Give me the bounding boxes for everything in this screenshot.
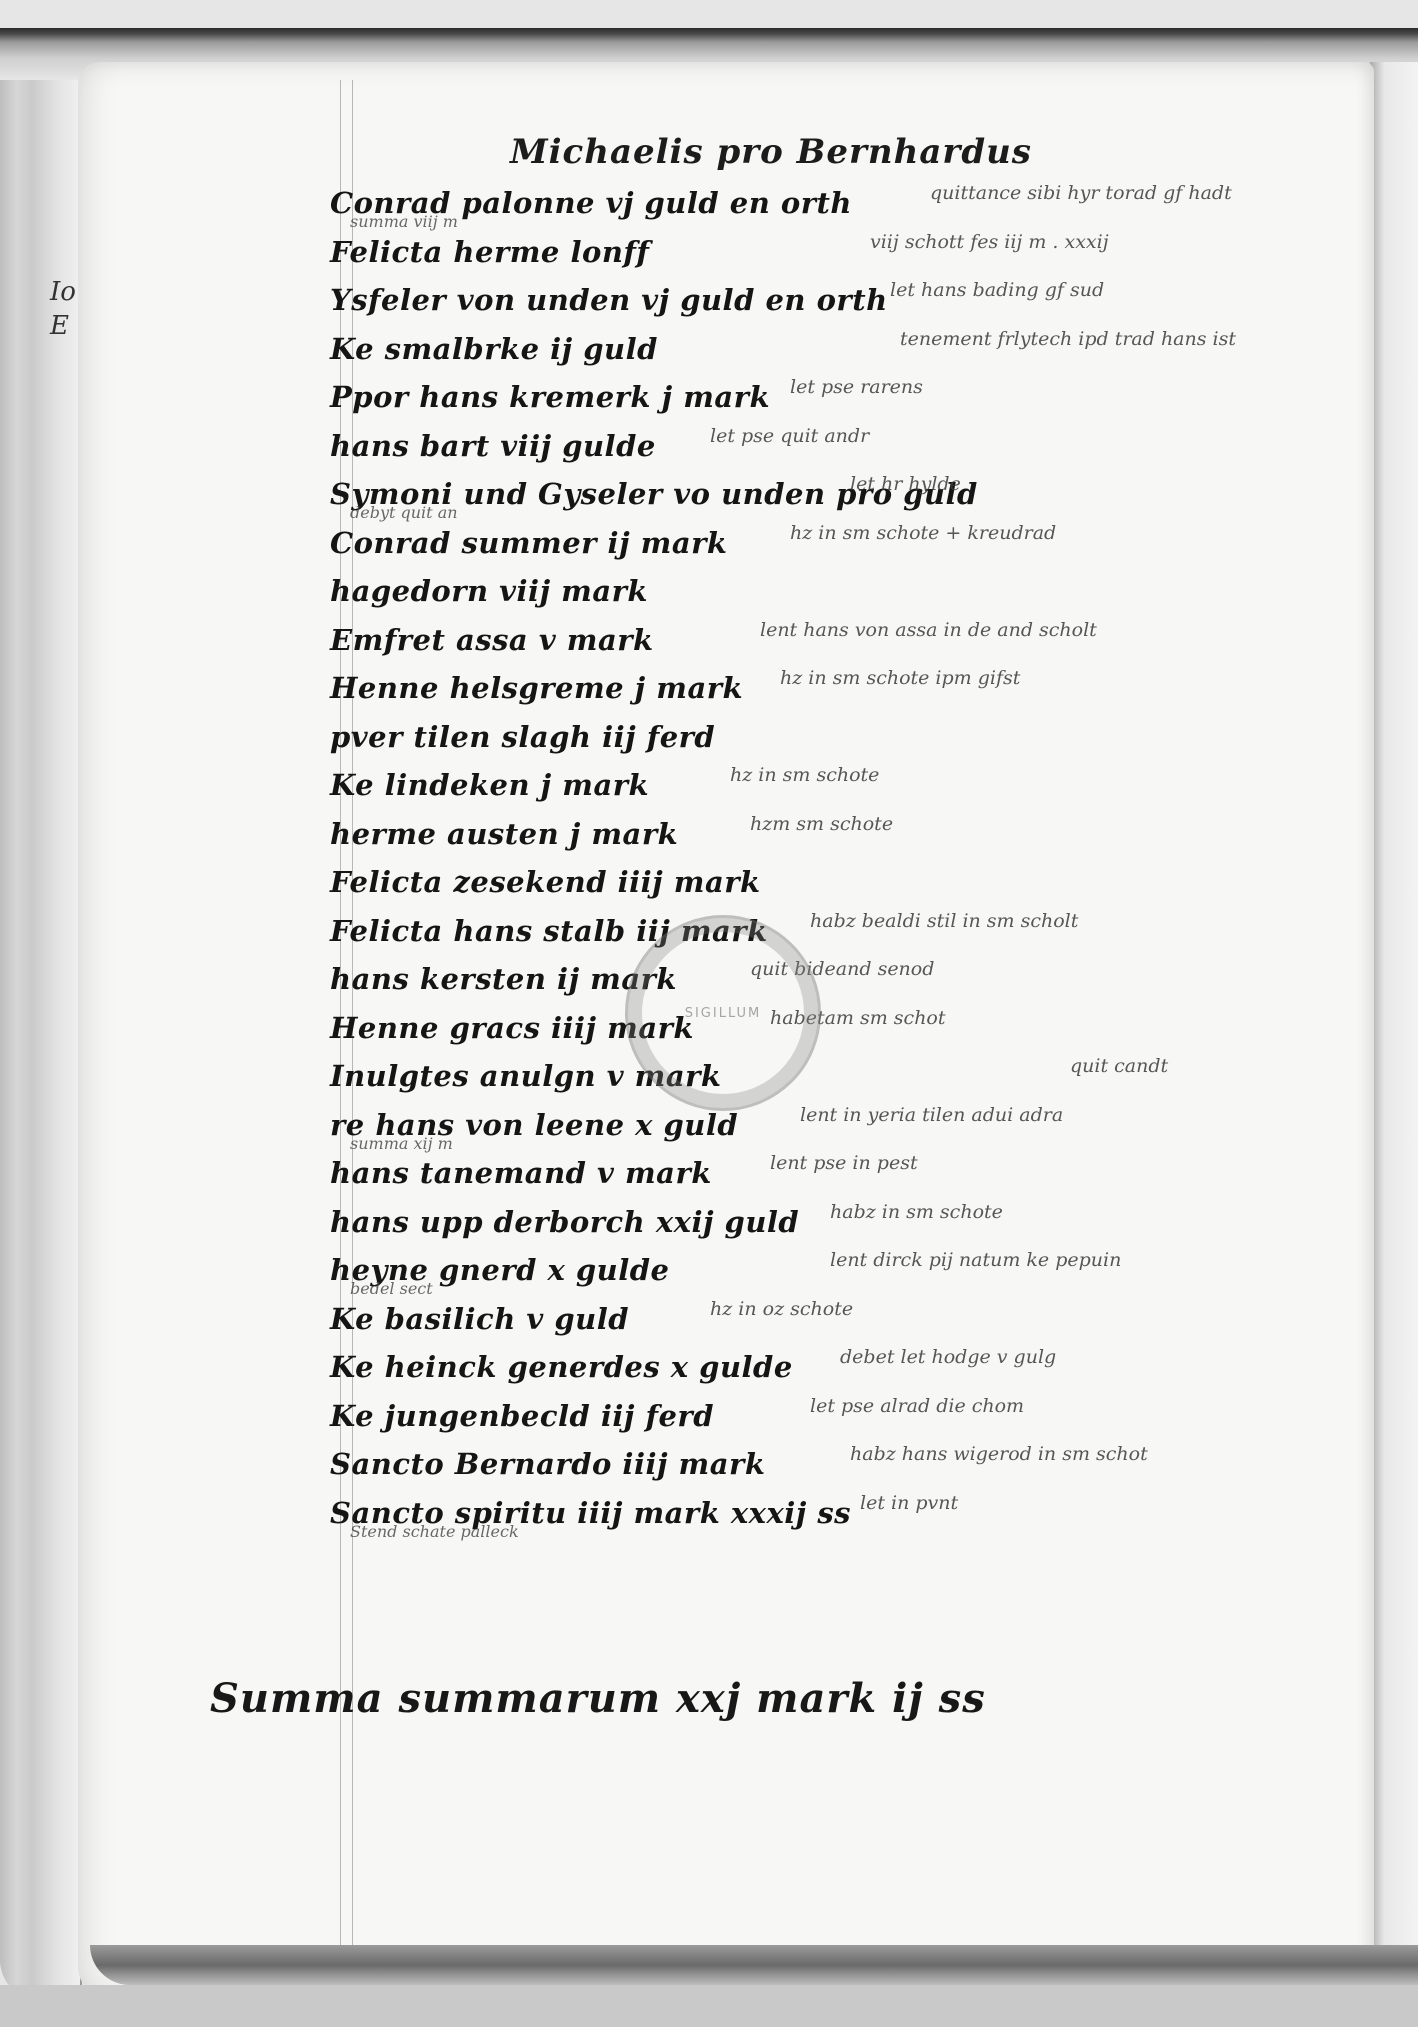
stamp-text: SIGILLUM (685, 1006, 762, 1021)
marginal-annotation: habz bealdi stil in sm scholt (810, 910, 1078, 932)
list-item: hagedorn viij mark (330, 574, 1360, 623)
list-item: Sancto Bernardo iiij markhabz hans wiger… (330, 1447, 1360, 1496)
marginal-annotation: quit candt (1070, 1055, 1168, 1077)
marginal-annotation: let hr hylde (850, 473, 961, 495)
entry-text: Ke heinck generdes x gulde (330, 1350, 793, 1384)
list-item: re hans von leene x guldlent in yeria ti… (330, 1108, 1360, 1157)
entry-text: Conrad summer ij mark (330, 526, 728, 560)
marginal-annotation: let pse rarens (790, 376, 923, 398)
list-item: hans tanemand v marklent pse in pest (330, 1156, 1360, 1205)
list-item: hans bart viij guldelet pse quit andr (330, 429, 1360, 478)
list-item: Henne helsgreme j markhz in sm schote ip… (330, 671, 1360, 720)
list-item: hans kersten ij markquit bideand senod (330, 962, 1360, 1011)
marginal-annotation: lent in yeria tilen adui adra (800, 1104, 1063, 1126)
marginal-annotation: hz in oz schote (710, 1298, 853, 1320)
marginal-annotation: habz in sm schote (830, 1201, 1003, 1223)
interlinear-note: debyt quit an (350, 503, 458, 522)
list-item: Sancto spiritu iiij mark xxxij sslet in … (330, 1496, 1360, 1545)
page-heading: Michaelis pro Bernhardus (510, 132, 1032, 172)
list-item: Emfret assa v marklent hans von assa in … (330, 623, 1360, 672)
list-item: Ysfeler von unden vj guld en orthlet han… (330, 283, 1360, 332)
entry-text: Felicta zesekend iiij mark (330, 865, 761, 899)
entry-text: hans tanemand v mark (330, 1156, 712, 1190)
marginal-annotation: tenement frlytech ipd trad hans ist (900, 328, 1236, 350)
interlinear-note: Stend schate palleck (350, 1522, 519, 1541)
marginal-annotation: lent hans von assa in de and scholt (760, 619, 1097, 641)
entry-text: hans upp derborch xxij guld (330, 1205, 799, 1239)
list-item: Felicta zesekend iiij mark (330, 865, 1360, 914)
marginal-annotation: hz in sm schote (730, 764, 879, 786)
entry-text: Ke jungenbecld iij ferd (330, 1399, 714, 1433)
marginal-annotation: habz hans wigerod in sm schot (850, 1443, 1148, 1465)
library-stamp: SIGILLUM (625, 915, 821, 1111)
entry-text: Felicta herme lonff (330, 235, 649, 269)
entry-text: Ke lindeken j mark (330, 768, 649, 802)
interlinear-note: bedel sect (350, 1279, 433, 1298)
interlinear-note: summa xij m (350, 1134, 453, 1153)
entry-text: hans kersten ij mark (330, 962, 677, 996)
list-item: Inulgtes anulgn v markquit candt (330, 1059, 1360, 1108)
entry-list: Conrad palonne vj guld en orthquittance … (330, 186, 1360, 1544)
list-item: hans upp derborch xxij guldhabz in sm sc… (330, 1205, 1360, 1254)
marginal-annotation: hzm sm schote (750, 813, 893, 835)
entry-text: Ppor hans kremerk j mark (330, 380, 770, 414)
entry-text: Ke basilich v guld (330, 1302, 629, 1336)
list-item: Ke heinck generdes x guldedebet let hodg… (330, 1350, 1360, 1399)
marginal-annotation: quittance sibi hyr torad gf hadt (930, 182, 1232, 204)
entry-text: Emfret assa v mark (330, 623, 654, 657)
list-item: pver tilen slagh iij ferd (330, 720, 1360, 769)
list-item: Conrad summer ij markhz in sm schote + k… (330, 526, 1360, 575)
entry-text: herme austen j mark (330, 817, 678, 851)
marginal-annotation: hz in sm schote ipm gifst (780, 667, 1020, 689)
list-item: Symoni und Gyseler vo unden pro guldlet … (330, 477, 1360, 526)
previous-leaves: Io E (0, 80, 82, 2000)
marginal-annotation: let pse quit andr (710, 425, 869, 447)
entry-text: hans bart viij gulde (330, 429, 656, 463)
list-item: Ke smalbrke ij guldtenement frlytech ipd… (330, 332, 1360, 381)
marginal-annotation: let hans bading gf sud (890, 279, 1104, 301)
list-item: Henne gracs iiij markhabetam sm schot (330, 1011, 1360, 1060)
list-item: heyne gnerd x guldelent dirck pij natum … (330, 1253, 1360, 1302)
marginal-annotation: viij schott fes iij m . xxxij (870, 231, 1109, 253)
marginal-annotation: debet let hodge v gulg (840, 1346, 1056, 1368)
marginal-annotation: let pse alrad die chom (810, 1395, 1024, 1417)
entry-text: Ysfeler von unden vj guld en orth (330, 283, 888, 317)
entry-text: hagedorn viij mark (330, 574, 648, 608)
list-item: Felicta hans stalb iij markhabz bealdi s… (330, 914, 1360, 963)
entry-text: Sancto Bernardo iiij mark (330, 1447, 765, 1481)
book-bottom-edge (90, 1945, 1418, 1985)
list-item: Ke jungenbecld iij ferdlet pse alrad die… (330, 1399, 1360, 1448)
marginal-annotation: let in pvnt (860, 1492, 958, 1514)
interlinear-note: summa viij m (350, 212, 458, 231)
next-leaf-edge (1370, 62, 1418, 1997)
list-item: Felicta herme lonffviij schott fes iij m… (330, 235, 1360, 284)
entry-text: Henne helsgreme j mark (330, 671, 743, 705)
list-item: Ppor hans kremerk j marklet pse rarens (330, 380, 1360, 429)
marginal-annotation: lent dirck pij natum ke pepuin (830, 1249, 1121, 1271)
list-item: herme austen j markhzm sm schote (330, 817, 1360, 866)
previous-leaf-note: Io E (50, 275, 76, 343)
list-item: Conrad palonne vj guld en orthquittance … (330, 186, 1360, 235)
marginal-annotation: lent pse in pest (770, 1152, 918, 1174)
entry-text: Ke smalbrke ij guld (330, 332, 658, 366)
marginal-annotation: hz in sm schote + kreudrad (790, 522, 1056, 544)
scan-floor (0, 1985, 1418, 2027)
list-item: Ke basilich v guldhz in oz schote (330, 1302, 1360, 1351)
entry-text: pver tilen slagh iij ferd (330, 720, 715, 754)
list-item: Ke lindeken j markhz in sm schote (330, 768, 1360, 817)
summa-total: Summa summarum xxj mark ij ss (210, 1675, 986, 1722)
